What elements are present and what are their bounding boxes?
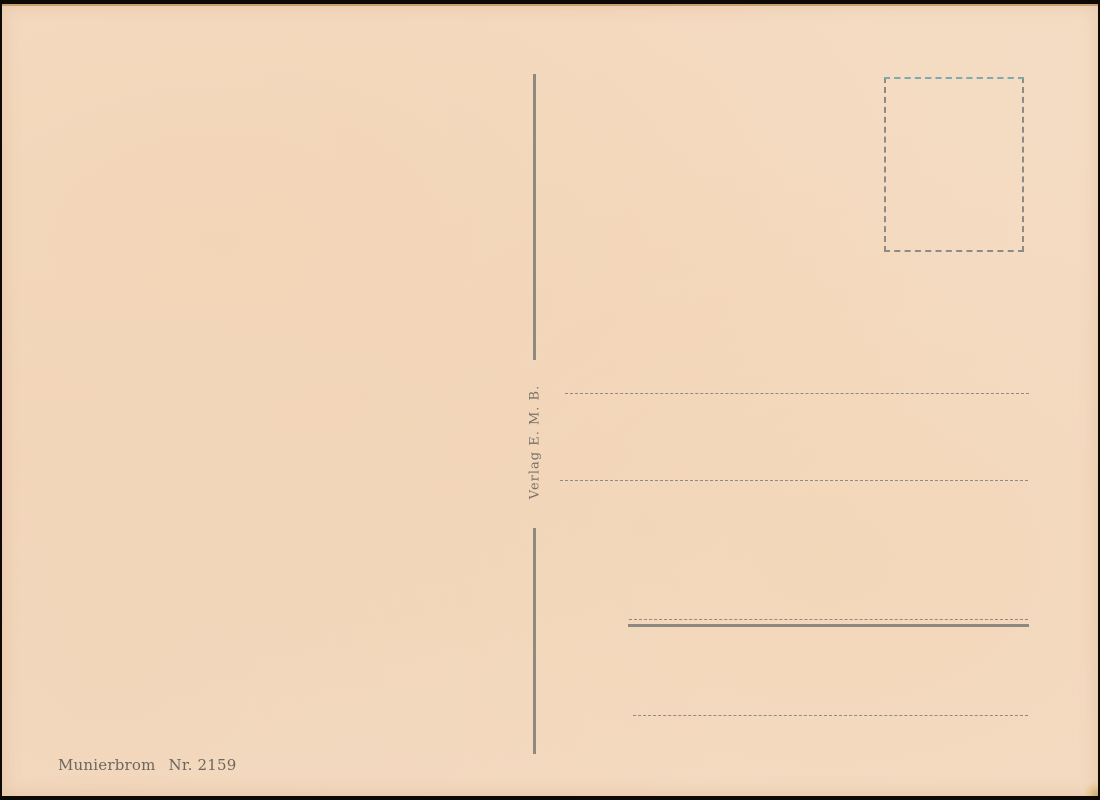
corner-wear bbox=[1084, 782, 1098, 796]
address-line-4 bbox=[633, 715, 1028, 716]
publisher-imprint: Verlag E. M. B. bbox=[528, 385, 543, 499]
series-number: Nr. 2159 bbox=[169, 756, 237, 774]
stamp-box bbox=[884, 77, 1024, 252]
series-label: Munierbrom Nr. 2159 bbox=[58, 756, 237, 774]
address-line-2 bbox=[560, 480, 1028, 481]
address-underline bbox=[628, 624, 1029, 627]
series-name: Munierbrom bbox=[58, 756, 156, 774]
center-divider-bottom bbox=[533, 528, 536, 754]
address-line-3 bbox=[629, 619, 1028, 620]
address-line-1 bbox=[565, 393, 1029, 394]
center-divider-top bbox=[533, 74, 536, 360]
postcard-back: Verlag E. M. B. Munierbrom Nr. 2159 bbox=[2, 4, 1098, 796]
